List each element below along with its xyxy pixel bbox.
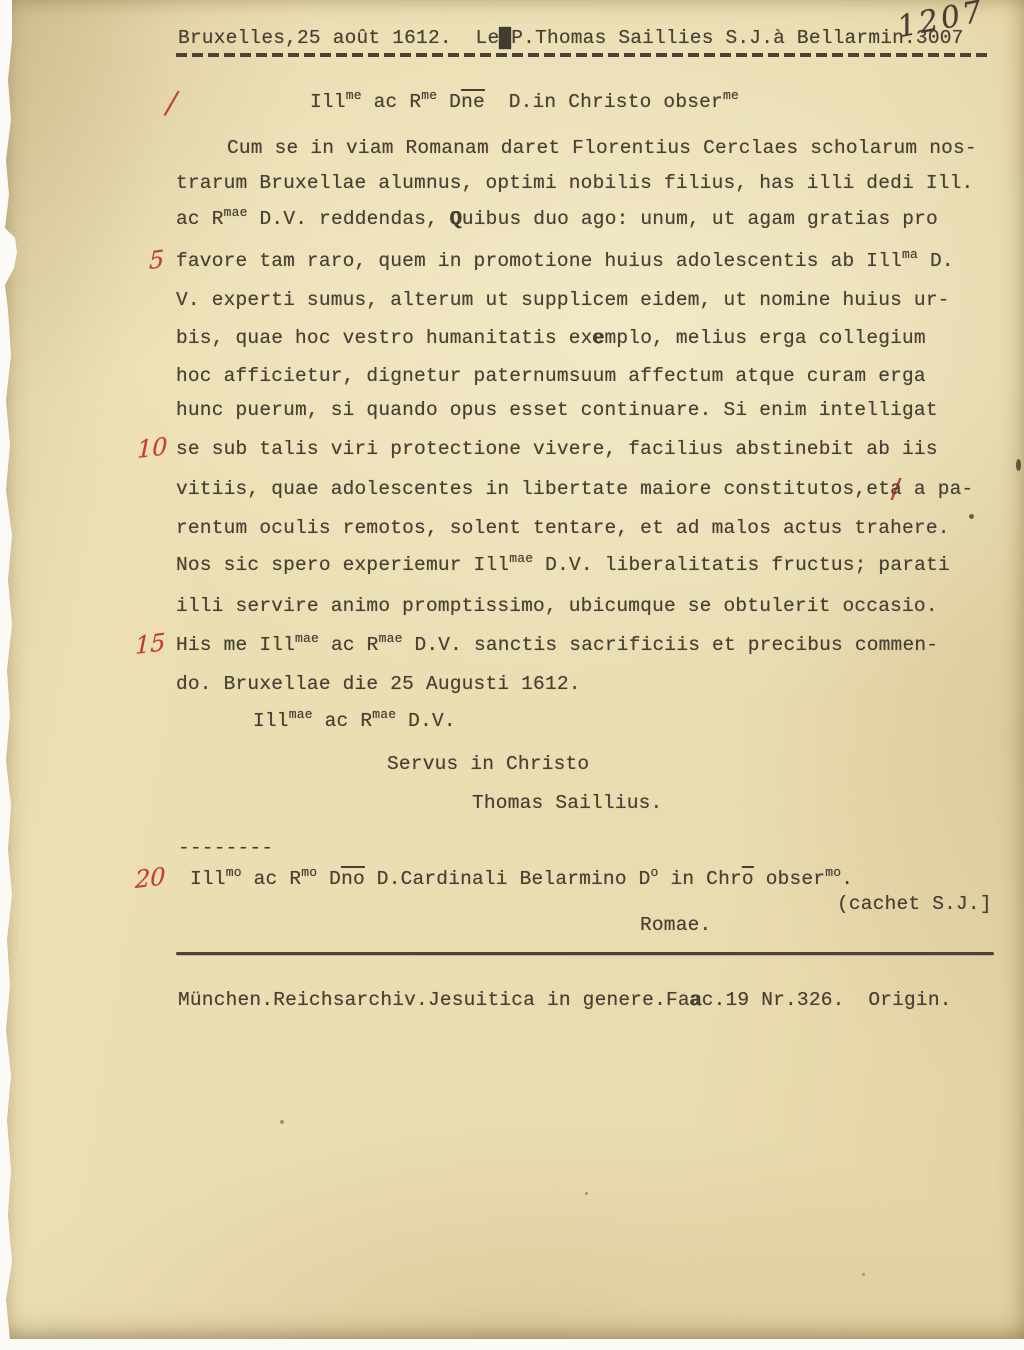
typewriter-mark: o [742,868,754,890]
typewriter-mark: Q [450,208,462,230]
separator-rule [176,952,994,955]
ink-speck [969,514,974,519]
line-number-marker: / [165,85,178,121]
line-number-marker: 5 [149,245,165,275]
typewriter-mark: mae [295,631,319,646]
typewriter-mark: me [723,88,739,103]
typed-line: (cachet S.J.] [837,892,992,916]
typewriter-mark: no [341,868,365,890]
typewriter-mark: mae [224,205,248,220]
header-line: Bruxelles,25 août 1612. LeRP.Thomas Sail… [178,26,964,50]
typed-line: Nos sic spero experiemur Illmae D.V. lib… [176,553,950,577]
archive-reference-line: München.Reichsarchiv.Jesuitica in genere… [178,988,952,1012]
ink-speck [280,1120,284,1124]
typewriter-mark: ne [461,91,485,113]
typed-line: Cum se in viam Romanam daret Florentius … [227,136,977,160]
typewriter-mark: me [421,88,437,103]
typewriter-mark: mae [289,707,313,722]
typewriter-mark: a [690,989,702,1011]
header-underline [176,53,988,57]
typed-line: bis, quae hoc vestro humanitatis exemplo… [176,326,926,350]
ink-speck [862,1273,865,1276]
line-number-marker: 20 [135,862,166,894]
document-scan: 1207 Bruxelles,25 août 1612. LeRP.Thomas… [0,0,1024,1350]
typed-line: -------- [178,836,273,860]
typed-line: hunc puerum, si quando opus esset contin… [176,398,938,422]
typed-line: vitiis, quae adolescentes in libertate m… [176,477,973,501]
typed-line: Thomas Saillius. [472,791,662,815]
typed-line: do. Bruxellae die 25 Augusti 1612. [176,672,581,696]
ink-speck [585,1192,588,1195]
typewriter-mark: mo [226,865,242,880]
typed-line: Illme ac Rme Dne D.in Christo obserme [310,90,739,114]
typewriter-mark: ma [902,247,918,262]
typewriter-mark: mo [301,865,317,880]
typed-line: se sub talis viri protectione vivere, fa… [176,437,938,461]
typed-line: rentum oculis remotos, solent tentare, e… [176,516,950,540]
typewriter-mark: e [593,327,605,349]
typed-line: Illmae ac Rmae D.V. [253,709,456,733]
typewriter-mark: R [499,27,511,49]
typewriter-mark: mae [509,551,533,566]
typed-line: hoc afficietur, dignetur paternumsuum af… [176,364,926,388]
ink-speck [1016,459,1021,471]
typewriter-mark: me [346,88,362,103]
typewriter-mark: o [651,865,659,880]
typed-line: trarum Bruxellae alumnus, optimi nobilis… [176,171,973,195]
typewriter-mark: a [890,478,902,500]
letter-page: 1207 Bruxelles,25 août 1612. LeRP.Thomas… [0,0,1024,1339]
typed-line: Servus in Christo [387,752,589,776]
typed-line: illi servire animo promptissimo, ubicumq… [176,594,938,618]
typewriter-mark: mae [379,631,403,646]
typewriter-mark: mo [825,865,841,880]
typed-line: Romae. [640,913,711,937]
line-number-marker: 15 [135,628,166,660]
typed-line: Illmo ac Rmo Dno D.Cardinali Belarmino D… [190,867,853,891]
typed-line: His me Illmae ac Rmae D.V. sanctis sacri… [176,633,938,657]
line-number-marker: 10 [137,432,168,464]
typewriter-mark: mae [372,707,396,722]
typed-line: V. experti sumus, alterum ut supplicem e… [176,288,950,312]
typed-line: ac Rmae D.V. reddendas, Quibus duo ago: … [176,207,938,231]
typed-line: favore tam raro, quem in promotione huiu… [176,249,954,273]
